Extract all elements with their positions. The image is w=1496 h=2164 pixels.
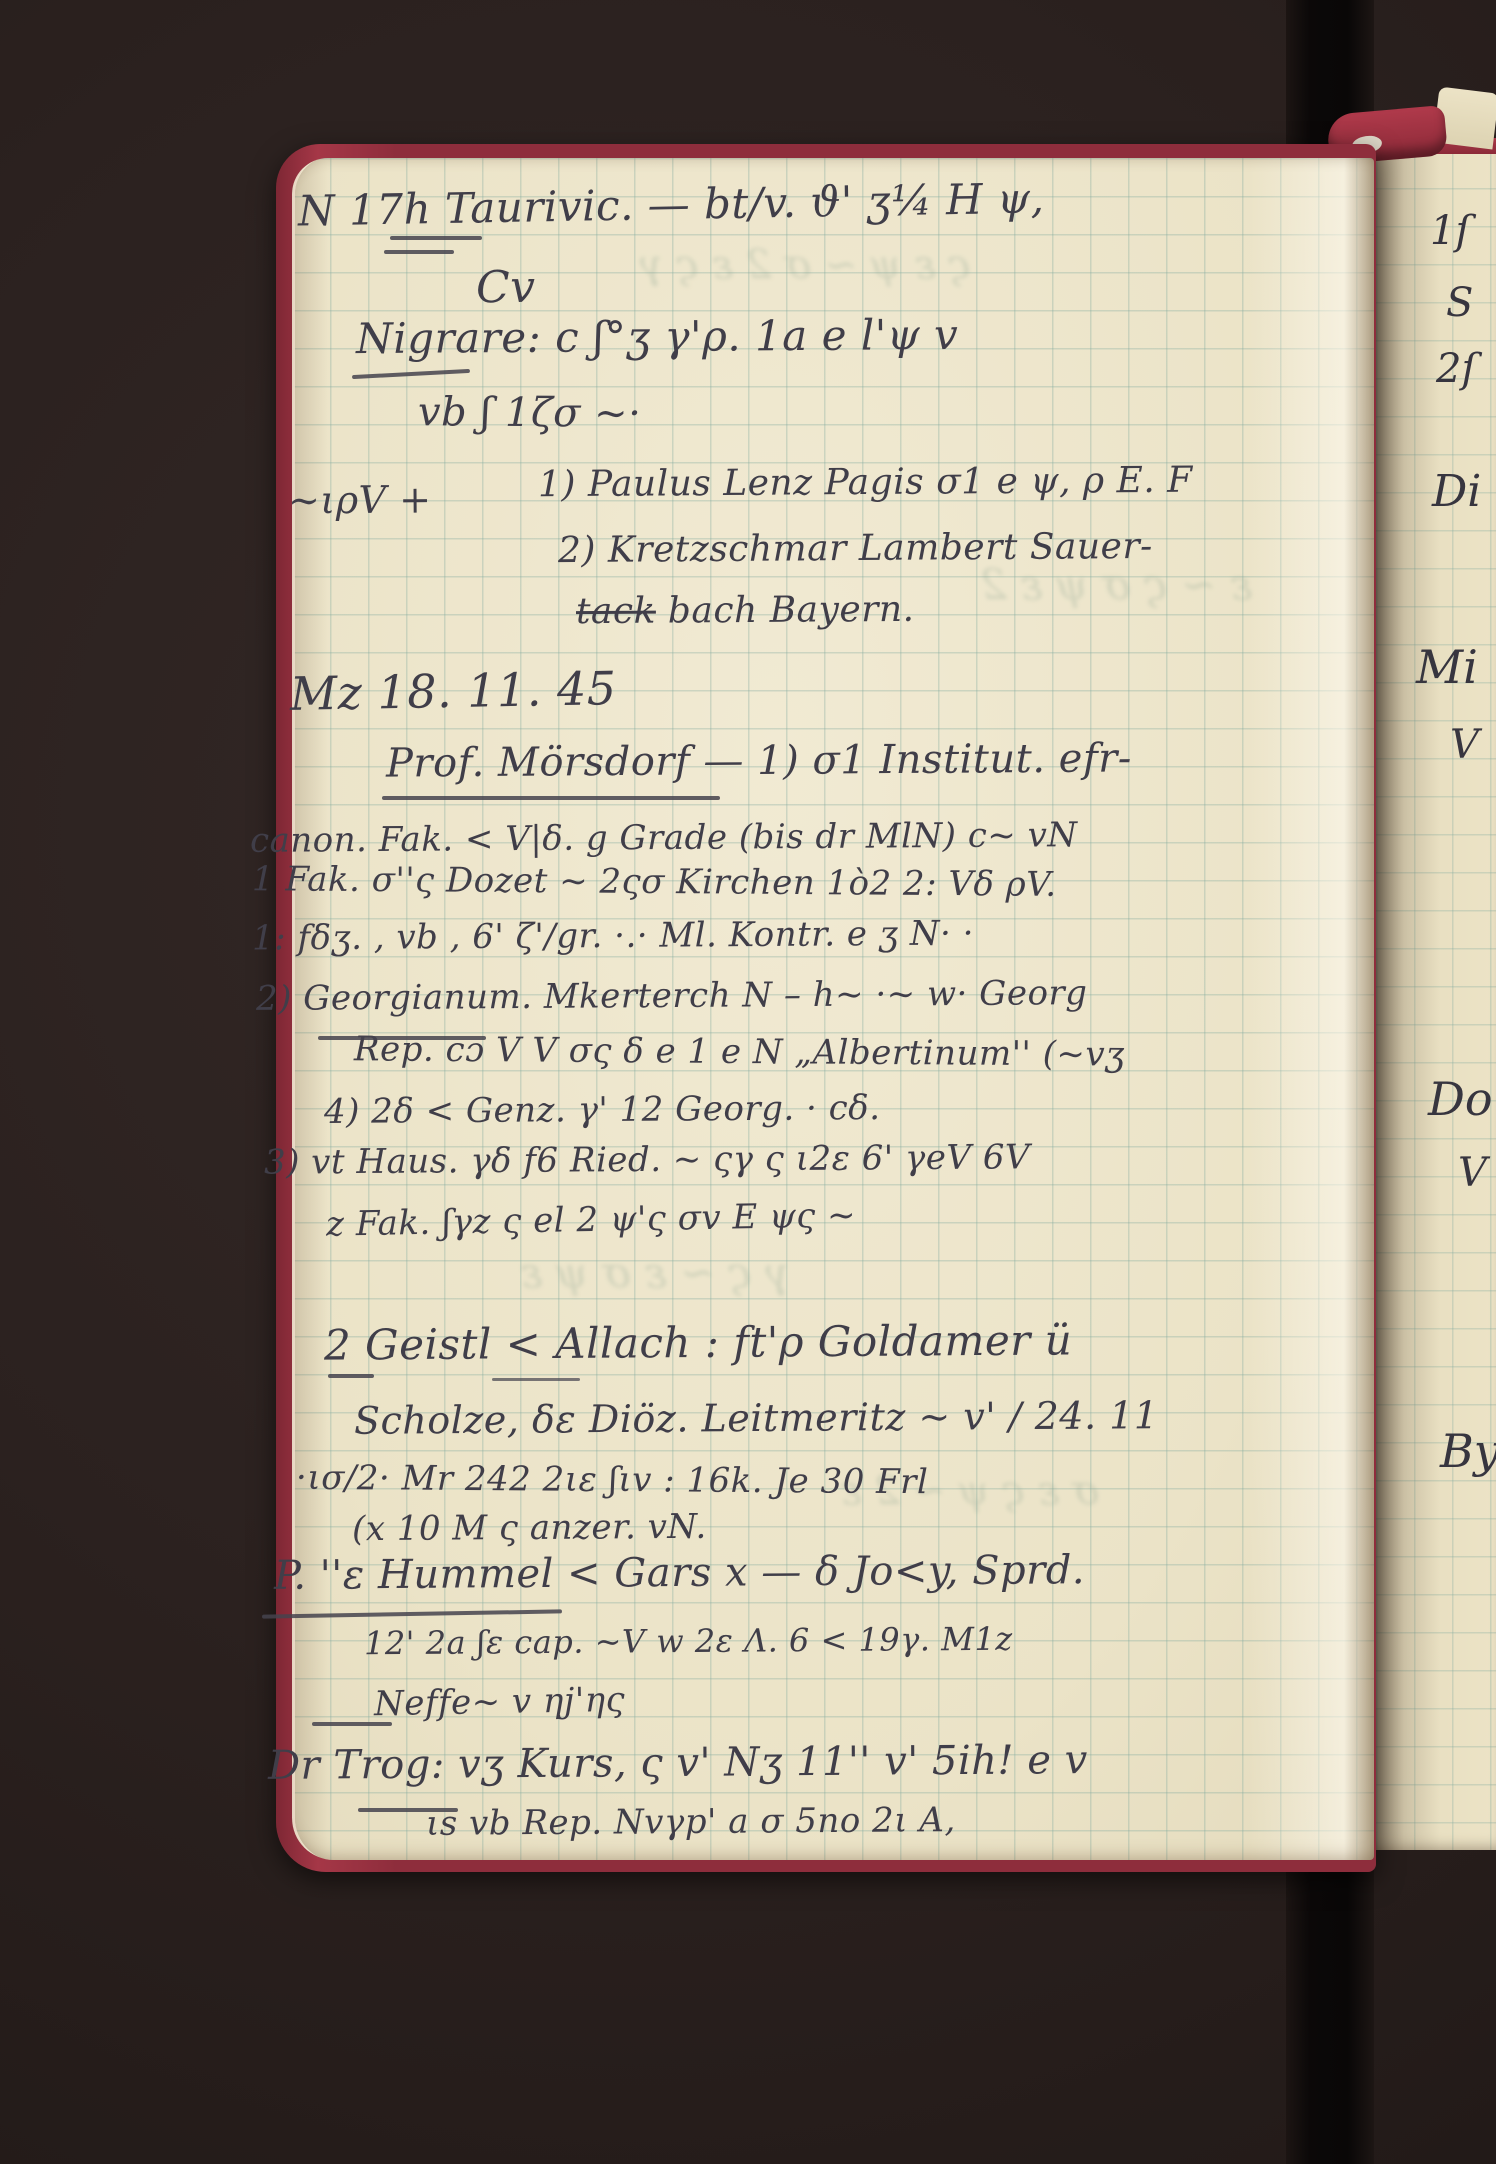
underline-stroke	[382, 796, 720, 800]
diary-photo-scene: ς ε ψ ~ σ 2 ε ς γ ε ~ ς σ ψ ε 2 γ ς ~ ε …	[0, 0, 1496, 2164]
next-page-fragment: Di	[1432, 466, 1481, 517]
handwriting-line-scholze: Scholze, δε Diöz. Leitmeritz ~ v' / 24. …	[354, 1393, 1159, 1443]
correction-rest: bach Bayern.	[656, 589, 915, 632]
next-page-fragment: By	[1440, 1424, 1496, 1478]
handwriting-line-paulus-lenz: 1) Paulus Lenz Pagis σ1 e ψ, ρ E. F	[538, 460, 1193, 506]
handwriting-line: ιs vb Rep. Nvγp' a σ 5no 2ι A,	[426, 1800, 956, 1844]
underline-stroke	[358, 1808, 458, 1812]
next-page-fragment: 1ſ	[1430, 208, 1470, 254]
handwriting-margin-mark: ~ιρV +	[288, 477, 432, 522]
handwriting-line-neffe: Neffe~ v ηj'ης	[374, 1680, 626, 1724]
handwriting-line: 1: fδʒ. , vb , 6' ζ'/gr. ·.· Ml. Kontr. …	[252, 913, 974, 958]
underline-stroke	[390, 236, 482, 240]
bleedthrough-text: ς ε ψ ~ σ 2 ε ς γ	[640, 242, 971, 288]
underline-stroke	[312, 1722, 392, 1726]
handwriting-line-corrected: tack bach Bayern.	[576, 589, 915, 632]
handwriting-line: 3) vt Haus. γδ f6 Ried. ~ ςγ ς ι2ε 6' γe…	[264, 1137, 1030, 1182]
handwriting-line: 4) 2δ < Genz. γ' 12 Georg. · cδ.	[324, 1088, 881, 1132]
underline-stroke	[492, 1378, 580, 1381]
handwriting-line-georgianum: 2) Georgianum. Mkerterch N – h~ ·~ w· Ge…	[256, 973, 1088, 1019]
handwriting-line: 1 Fak. σ''ς Dozet ~ 2ςσ Kirchen 1ò2 2: V…	[252, 859, 1057, 905]
handwriting-line-moersdorf: Prof. Mörsdorf — 1) σ1 Institut. efr-	[386, 735, 1132, 786]
next-page-fragment: V	[1450, 722, 1479, 768]
next-page-fragment: Mi	[1416, 640, 1478, 694]
underline-stroke	[328, 1374, 374, 1378]
underline-stroke	[384, 250, 454, 254]
next-page-fragment: S	[1446, 280, 1473, 326]
handwriting-line: ·ισ/2· Mr 242 2ιε ʃιv : 16k. Je 30 Frl	[296, 1458, 929, 1502]
struck-word: tack	[576, 591, 656, 633]
handwriting-line: 12' 2a ʃε cap. ~V w 2ε Λ. 6 < 19γ. M1z	[364, 1620, 1013, 1663]
handwriting-line: canon. Fak. < V|δ. g Grade (bis dr MlN) …	[250, 815, 1078, 861]
handwriting-line-dr-trog: Dr Trog: vʒ Kurs, ς v' Nʒ 11'' v' 5ih! e…	[268, 1737, 1088, 1789]
handwriting-line: (x 10 M ς anzer. vN.	[352, 1507, 707, 1549]
next-page-fragment: 2ſ	[1436, 346, 1476, 392]
handwriting-line-hummel-gars: P. ''ε Hummel < Gars x — δ Jo<y, Sprd.	[274, 1547, 1085, 1599]
handwriting-line-geistl-allach: 2 Geistl < Allach : ft'ρ Goldamer ü	[324, 1315, 1073, 1369]
handwriting-line-kretzschmar: 2) Kretzschmar Lambert Sauer-	[558, 526, 1153, 571]
handwriting-line: Cv	[476, 262, 536, 313]
handwriting-date-heading: Mz 18. 11. 45	[290, 661, 617, 721]
handwriting-line-nigrare: Nigrare: c ʃ°ʒ γ'ρ. 1a e l'ψ v	[356, 310, 959, 363]
next-page-edge	[1376, 150, 1496, 1850]
next-page-fragment: Do	[1428, 1072, 1493, 1126]
underline-stroke	[318, 1036, 486, 1040]
bleedthrough-text: γ ς ~ ε σ ψ ε	[520, 1248, 791, 1297]
handwriting-line: vb ʃ 1ζσ ~·	[418, 389, 642, 437]
next-page-fragment: V	[1458, 1150, 1487, 1196]
